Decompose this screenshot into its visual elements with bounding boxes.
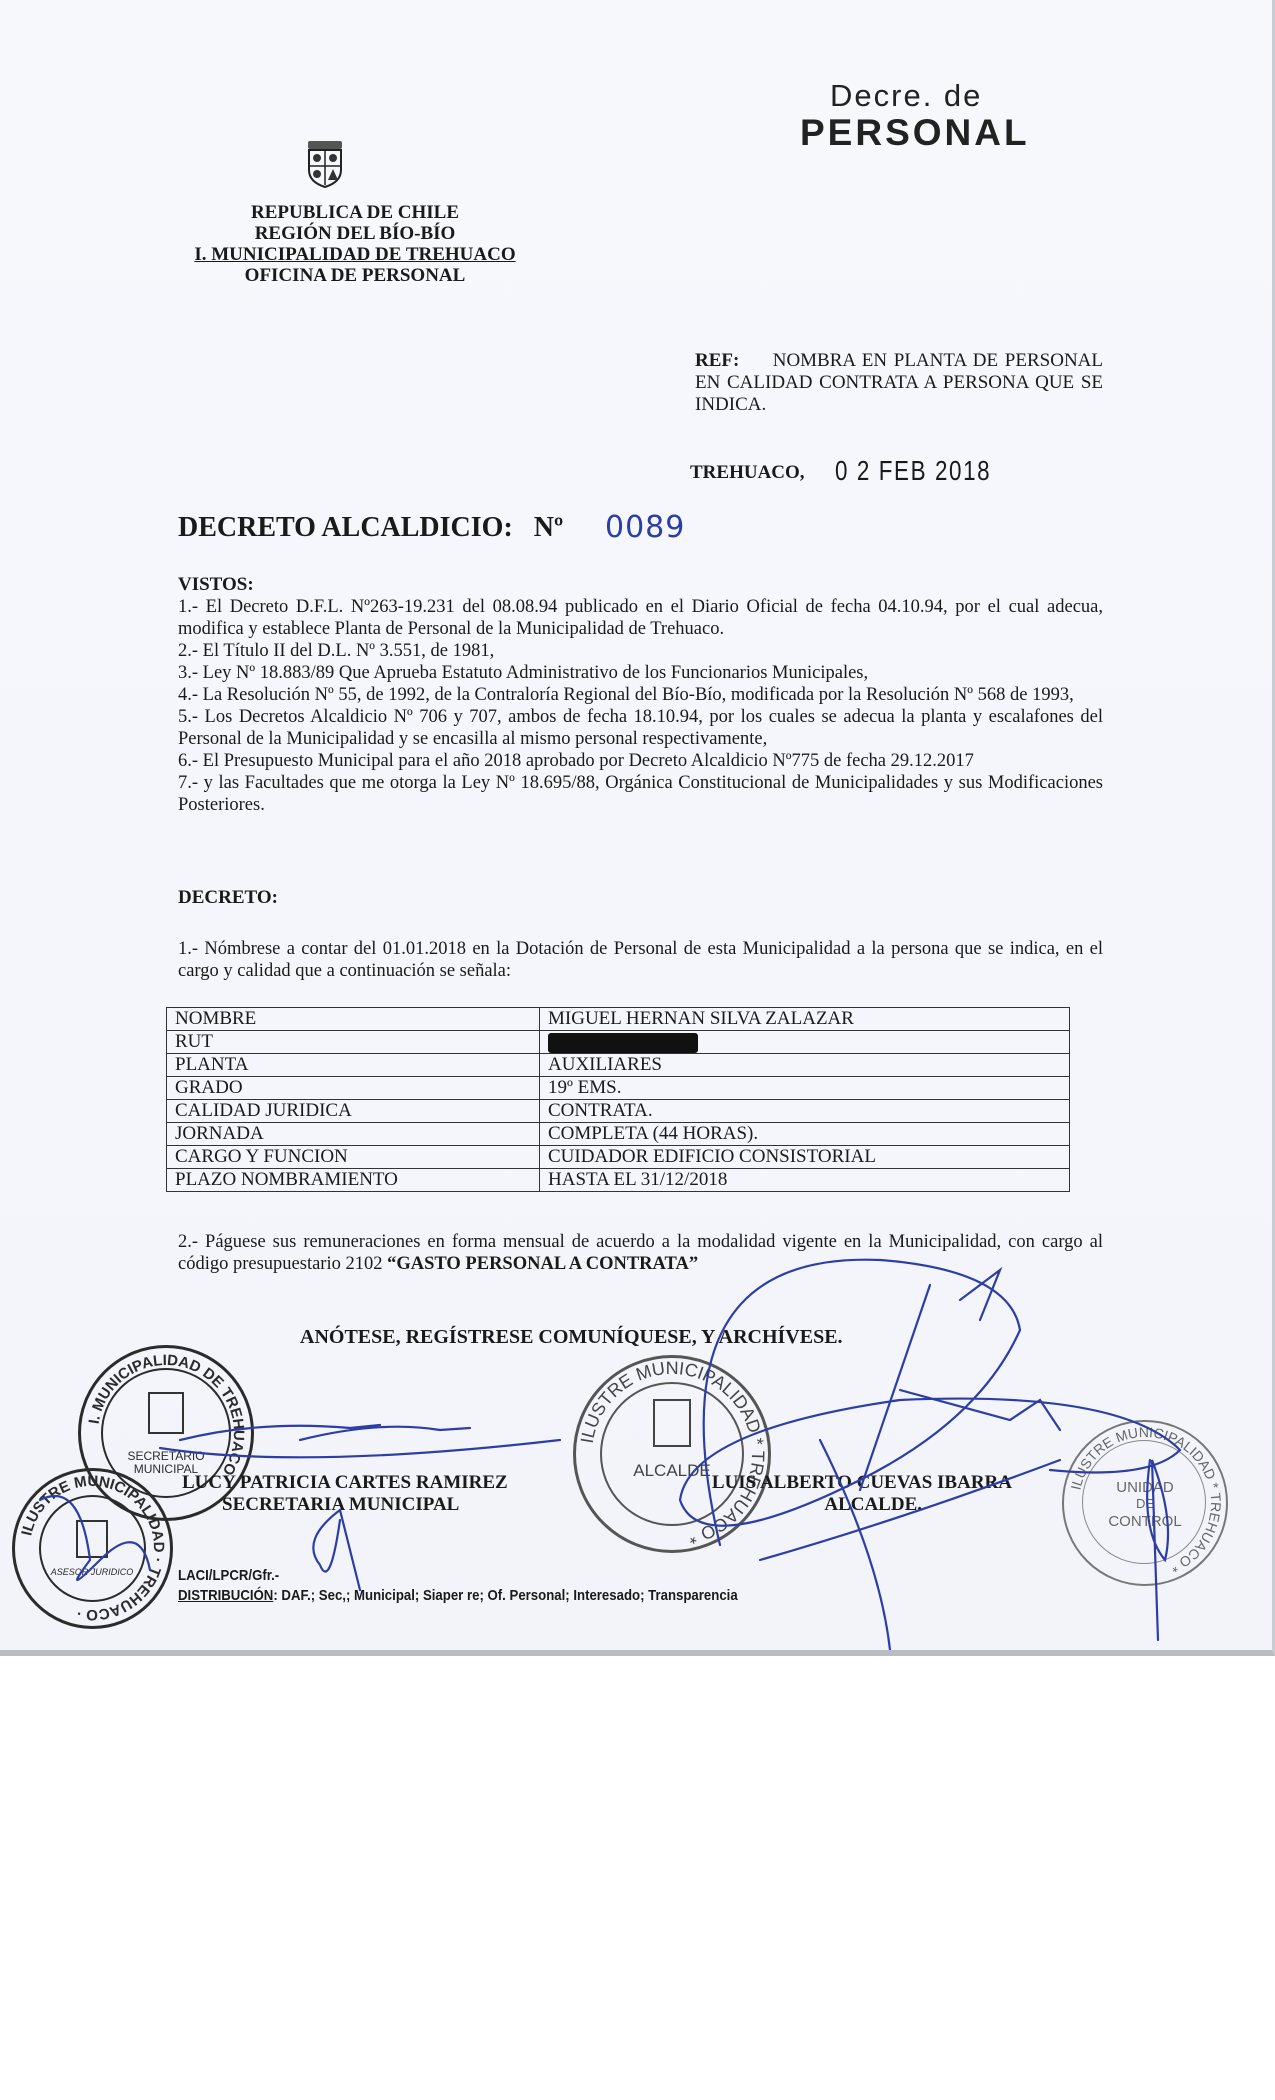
- decree-number-prefix: Nº: [534, 512, 563, 543]
- decree-title-text: DECRETO ALCALDICIO:: [178, 512, 513, 543]
- reference-block: REF: NOMBRA EN PLANTA DE PERSONAL EN CAL…: [695, 350, 1103, 416]
- table-row: PLAZO NOMBRAMIENTOHASTA EL 31/12/2018: [167, 1169, 1070, 1192]
- vistos-item-1: 1.- El Decreto D.F.L. Nº263-19.231 del 0…: [178, 596, 1103, 640]
- closing-formula: ANÓTESE, REGÍSTRESE COMUNÍQUESE, Y ARCHÍ…: [300, 1326, 843, 1349]
- vistos-section: VISTOS: 1.- El Decreto D.F.L. Nº263-19.2…: [178, 574, 1103, 816]
- row-key: CALIDAD JURIDICA: [167, 1100, 540, 1123]
- vistos-item-7: 7.- y las Facultades que me otorga la Le…: [178, 772, 1103, 816]
- seal-alcalde: ILUSTRE MUNICIPALIDAD * TREHUACO * ALCAL…: [573, 1355, 771, 1553]
- svg-text:SECRETARIO: SECRETARIO: [127, 1449, 204, 1463]
- row-value: MIGUEL HERNAN SILVA ZALAZAR: [540, 1008, 1070, 1031]
- row-key: PLAZO NOMBRAMIENTO: [167, 1169, 540, 1192]
- svg-text:ASESOR JURIDICO: ASESOR JURIDICO: [50, 1567, 134, 1577]
- header-region: REGIÓN DEL BÍO-BÍO: [175, 223, 535, 244]
- document-footer: LACI/LPCR/Gfr.- DISTRIBUCIÓN: DAF.; Sec,…: [178, 1566, 738, 1606]
- seal-unidad-de-control: ILUSTRE MUNICIPALIDAD * TREHUACO * UNIDA…: [1062, 1420, 1228, 1586]
- mayor-title: ALCALDE.: [680, 1494, 922, 1516]
- svg-text:ILUSTRE MUNICIPALIDAD * TREH: ILUSTRE MUNICIPALIDAD * TREHUACO *: [577, 1358, 768, 1548]
- budget-code-label: “GASTO PERSONAL A CONTRATA”: [387, 1254, 698, 1274]
- secretary-title: SECRETARIA MUNICIPAL: [222, 1494, 508, 1516]
- header-office: OFICINA DE PERSONAL: [175, 265, 535, 286]
- seal-asesor-juridico: ILUSTRE MUNICIPALIDAD · TREHUACO · ASESO…: [12, 1468, 173, 1629]
- svg-text:ILUSTRE MUNICIPALIDAD · TREHUA: ILUSTRE MUNICIPALIDAD · TREHUACO ·: [18, 1473, 167, 1623]
- coat-of-arms-icon: [305, 140, 345, 188]
- row-key: JORNADA: [167, 1123, 540, 1146]
- table-row: GRADO19º EMS.: [167, 1077, 1070, 1100]
- mayor-name: LUIS ALBERTO CUEVAS IBARRA: [680, 1472, 1012, 1494]
- vistos-item-3: 3.- Ley Nº 18.883/89 Que Aprueba Estatut…: [178, 662, 1103, 684]
- header-municipality: I. MUNICIPALIDAD DE TREHUACO: [175, 244, 535, 265]
- vistos-item-4: 4.- La Resolución Nº 55, de 1992, de la …: [178, 684, 1103, 706]
- scanned-document-page: Decre. de PERSONAL REPUBLICA DE CHILE RE…: [0, 0, 1275, 1656]
- decree-title: DECRETO ALCALDICIO: Nº: [178, 512, 563, 544]
- signature-block-secretary: LUCY PATRICIA CARTES RAMIREZ SECRETARIA …: [182, 1472, 508, 1516]
- ref-label: REF:: [695, 350, 739, 371]
- appointment-table: NOMBREMIGUEL HERNAN SILVA ZALAZAR RUT PL…: [166, 1007, 1070, 1192]
- seal-alcalde-graphic: ILUSTRE MUNICIPALIDAD * TREHUACO * ALCAL…: [576, 1358, 768, 1550]
- decreto-item-2: 2.- Páguese sus remuneraciones en forma …: [178, 1231, 1103, 1275]
- decreto-heading-text: DECRETO:: [178, 887, 1103, 909]
- row-key: NOMBRE: [167, 1008, 540, 1031]
- table-row: JORNADACOMPLETA (44 HORAS).: [167, 1123, 1070, 1146]
- vistos-item-5: 5.- Los Decretos Alcaldicio Nº 706 y 707…: [178, 706, 1103, 750]
- stamp-line-2: PERSONAL: [800, 114, 1030, 152]
- row-key: CARGO Y FUNCION: [167, 1146, 540, 1169]
- row-value: CUIDADOR EDIFICIO CONSISTORIAL: [540, 1146, 1070, 1169]
- row-value: COMPLETA (44 HORAS).: [540, 1123, 1070, 1146]
- row-value: AUXILIARES: [540, 1054, 1070, 1077]
- row-value: CONTRATA.: [540, 1100, 1070, 1123]
- stamp-line-1: Decre. de: [830, 78, 1030, 114]
- institution-header: REPUBLICA DE CHILE REGIÓN DEL BÍO-BÍO I.…: [175, 202, 535, 286]
- svg-text:UNIDAD: UNIDAD: [1116, 1479, 1174, 1496]
- footer-distribution: DISTRIBUCIÓN: DAF.; Sec,; Municipal; Sia…: [178, 1586, 738, 1606]
- seal-control-graphic: ILUSTRE MUNICIPALIDAD * TREHUACO * UNIDA…: [1064, 1422, 1226, 1584]
- table-row: NOMBREMIGUEL HERNAN SILVA ZALAZAR: [167, 1008, 1070, 1031]
- header-country: REPUBLICA DE CHILE: [175, 202, 535, 223]
- decreto-heading: DECRETO:: [178, 887, 1103, 909]
- redaction-mark: [548, 1033, 698, 1053]
- signature-block-mayor: LUIS ALBERTO CUEVAS IBARRA ALCALDE.: [680, 1472, 1012, 1516]
- row-key: GRADO: [167, 1077, 540, 1100]
- footer-initials: LACI/LPCR/Gfr.-: [178, 1566, 738, 1586]
- vistos-heading: VISTOS:: [178, 574, 1103, 596]
- vistos-item-6: 6.- El Presupuesto Municipal para el año…: [178, 750, 1103, 772]
- row-value-redacted: [540, 1031, 1070, 1054]
- seal-asesor-graphic: ILUSTRE MUNICIPALIDAD · TREHUACO · ASESO…: [15, 1471, 170, 1626]
- row-key: PLANTA: [167, 1054, 540, 1077]
- table-row: CARGO Y FUNCIONCUIDADOR EDIFICIO CONSIST…: [167, 1146, 1070, 1169]
- svg-text:CONTROL: CONTROL: [1108, 1513, 1181, 1530]
- decree-number-handwritten: 0089: [605, 510, 685, 545]
- decreto-item-1: 1.- Nómbrese a contar del 01.01.2018 en …: [178, 938, 1103, 982]
- row-value: 19º EMS.: [540, 1077, 1070, 1100]
- date-stamp: 0 2 FEB 2018: [835, 455, 991, 487]
- ref-text: NOMBRA EN PLANTA DE PERSONAL EN CALIDAD …: [695, 350, 1103, 415]
- place-label: TREHUACO,: [690, 462, 805, 484]
- table-row: CALIDAD JURIDICACONTRATA.: [167, 1100, 1070, 1123]
- vistos-item-2: 2.- El Título II del D.L. Nº 3.551, de 1…: [178, 640, 1103, 662]
- distribution-label: DISTRIBUCIÓN: [178, 1587, 273, 1604]
- row-value: HASTA EL 31/12/2018: [540, 1169, 1070, 1192]
- svg-text:DE: DE: [1136, 1496, 1154, 1511]
- table-row: PLANTAAUXILIARES: [167, 1054, 1070, 1077]
- secretary-name: LUCY PATRICIA CARTES RAMIREZ: [182, 1472, 508, 1494]
- distribution-list: : DAF.; Sec,; Municipal; Siaper re; Of. …: [273, 1587, 737, 1604]
- row-key: RUT: [167, 1031, 540, 1054]
- decree-type-stamp: Decre. de PERSONAL: [800, 78, 1030, 152]
- table-row: RUT: [167, 1031, 1070, 1054]
